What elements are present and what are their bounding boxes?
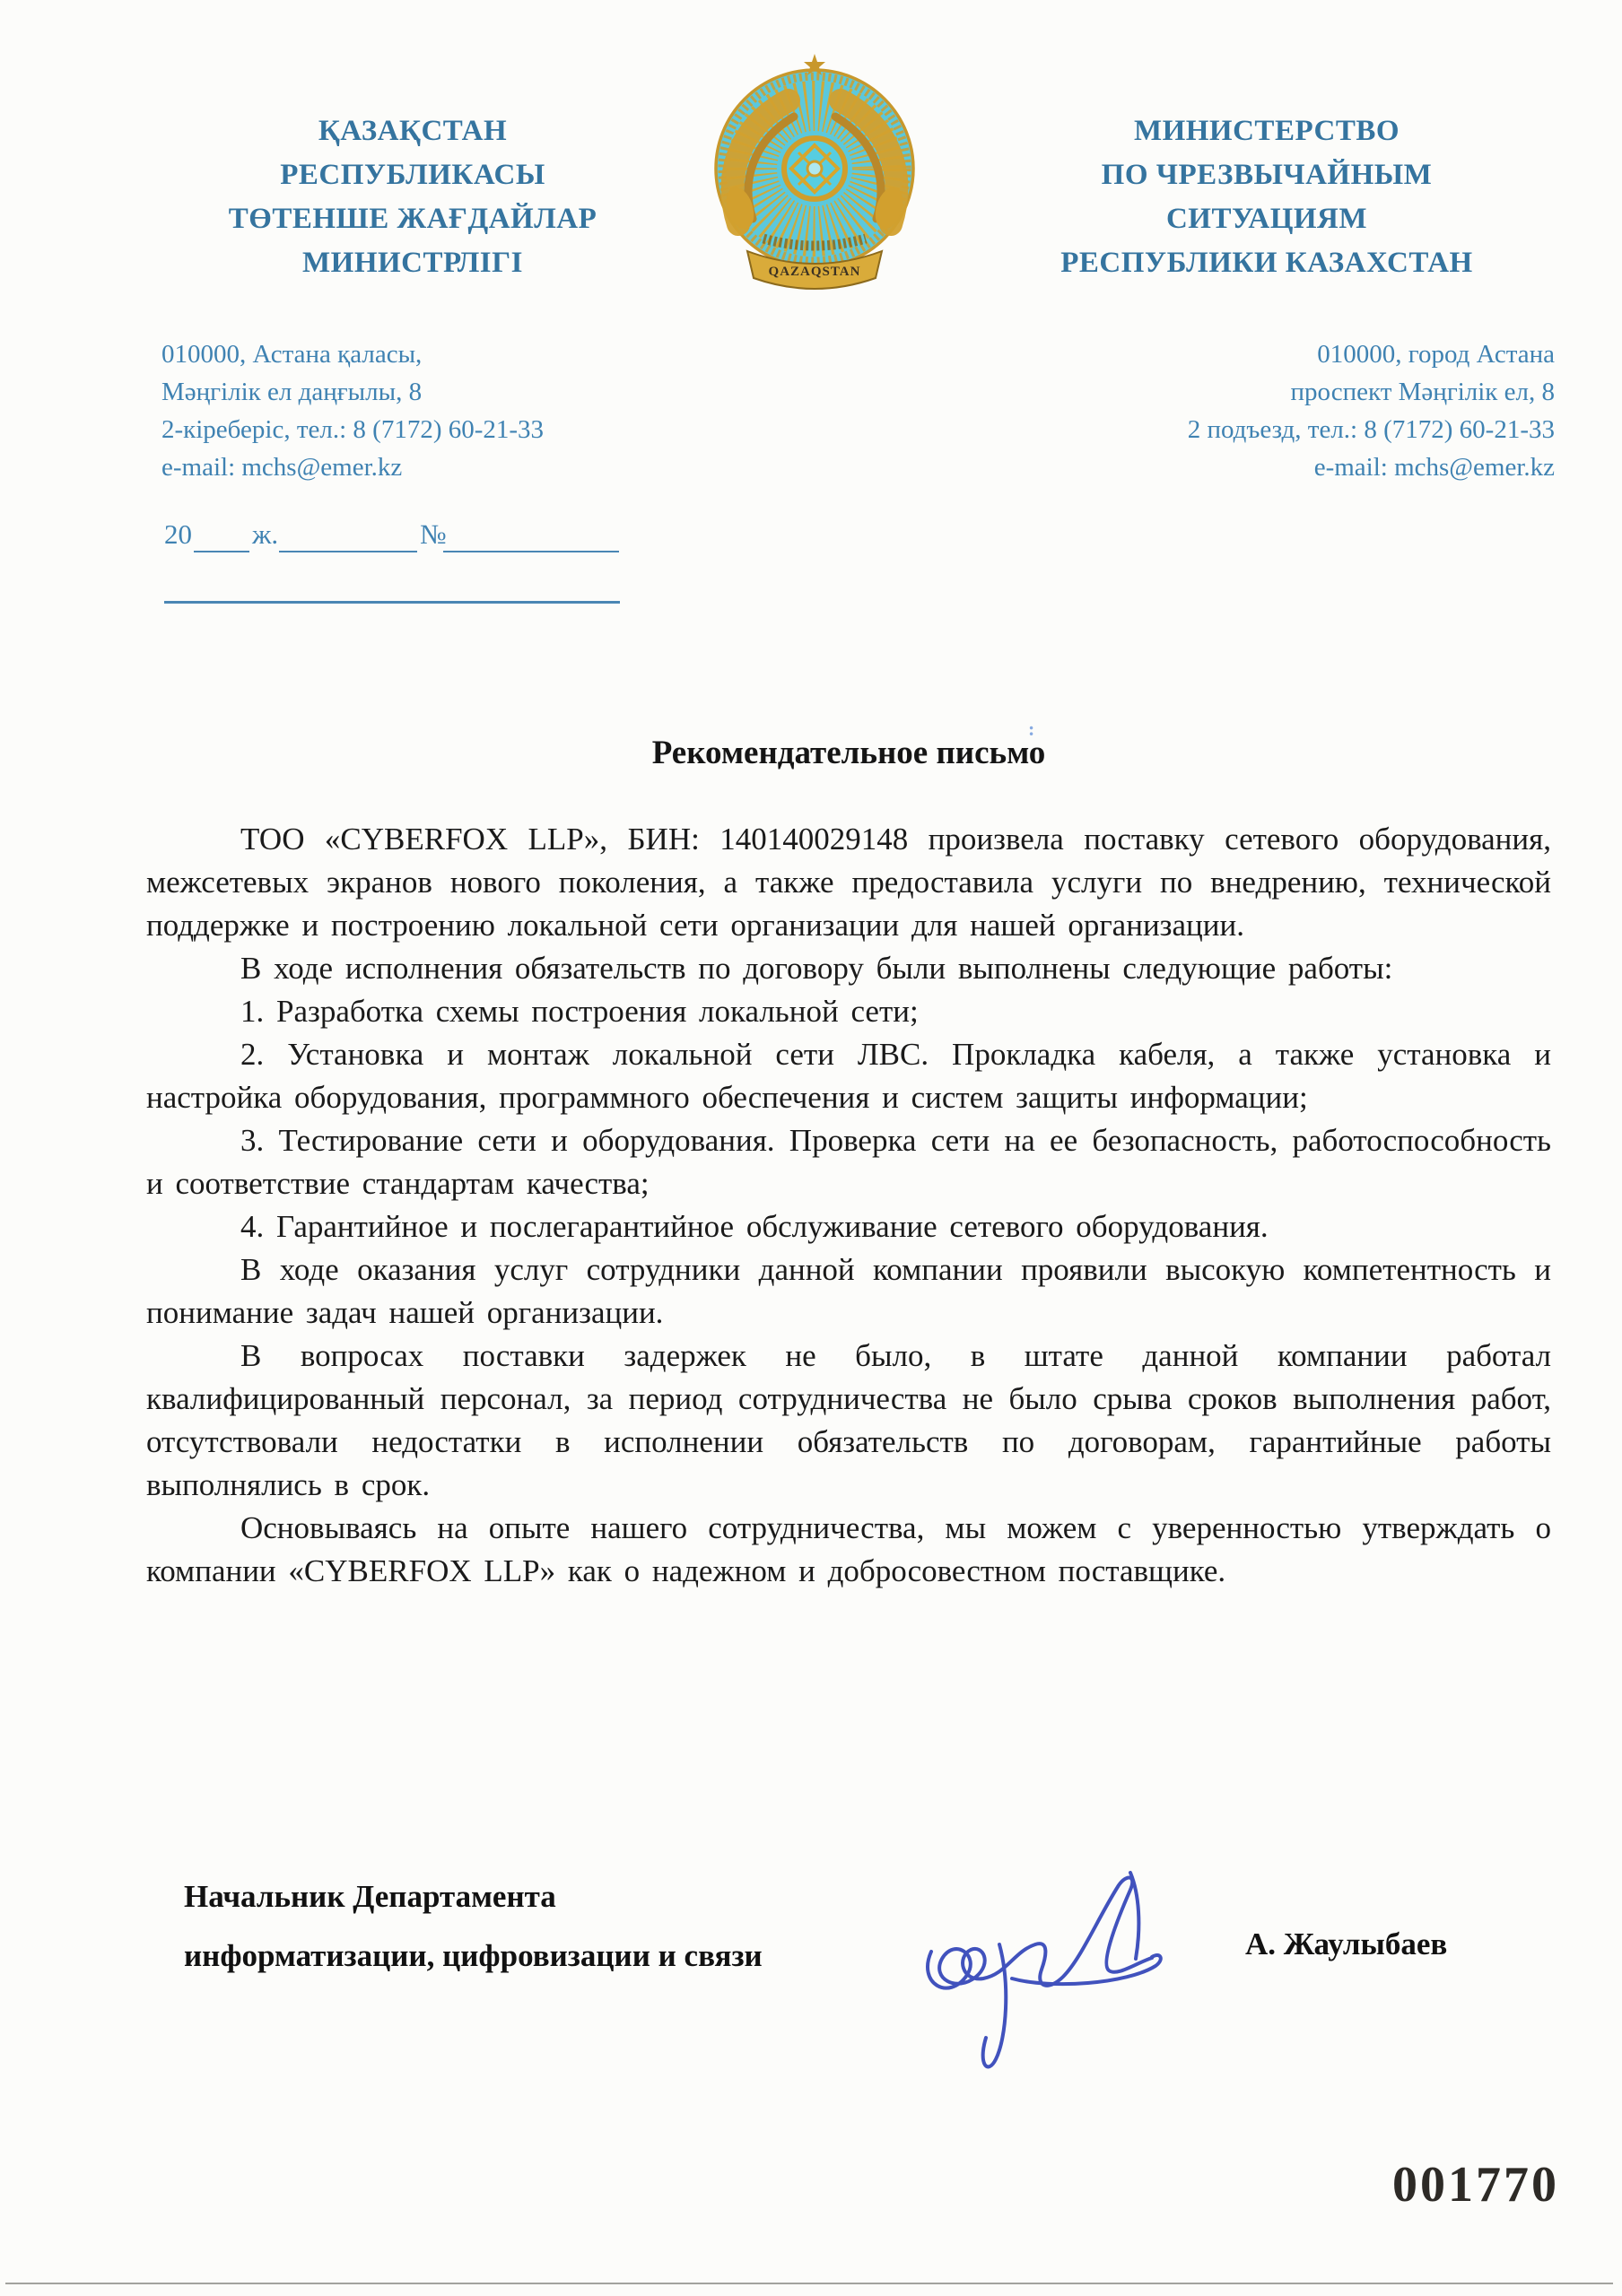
date-blank-line	[194, 551, 249, 552]
date-year-prefix: 20	[164, 518, 192, 551]
signatory-role-line: информатизации, цифровизации и связи	[184, 1926, 991, 1986]
list-item-3: 3. Тестирование сети и оборудования. Про…	[146, 1119, 1551, 1205]
letterhead-russian: МИНИСТЕРСТВО ПО ЧРЕЗВЫЧАЙНЫМ СИТУАЦИЯМ Р…	[1007, 109, 1527, 285]
paragraph-delivery: В вопросах поставки задержек не было, в …	[146, 1335, 1551, 1507]
letterhead-russian-line: ПО ЧРЕЗВЫЧАЙНЫМ	[1007, 153, 1527, 197]
form-number: 001770	[1392, 2156, 1559, 2213]
date-blank-line	[279, 551, 417, 552]
emblem-banner-text: QAZAQSTAN	[769, 265, 861, 279]
paragraph-works-intro: В ходе исполнения обязательств по догово…	[146, 947, 1551, 990]
address-russian-line: 010000, город Астана	[1014, 335, 1555, 373]
address-kazakh-line: 2-кіреберіс, тел.: 8 (7172) 60-21-33	[161, 411, 700, 448]
header-separator-rule	[164, 601, 620, 604]
scan-edge-line	[5, 2283, 1613, 2284]
scanned-letter-page: ҚАЗАҚСТАН РЕСПУБЛИКАСЫ ТӨТЕНШЕ ЖАҒДАЙЛАР…	[0, 0, 1622, 2296]
address-russian-line: 2 подъезд, тел.: 8 (7172) 60-21-33	[1014, 411, 1555, 448]
address-kazakh-line: 010000, Астана қаласы,	[161, 335, 700, 373]
address-kazakh-line: Мәңгілік ел даңғылы, 8	[161, 373, 700, 411]
date-zh-label: ж.	[252, 518, 278, 551]
letterhead-kazakh: ҚАЗАҚСТАН РЕСПУБЛИКАСЫ ТӨТЕНШЕ ЖАҒДАЙЛАР…	[135, 109, 691, 285]
address-russian: 010000, город Астана проспект Мәңгілік е…	[1014, 335, 1555, 486]
address-kazakh: 010000, Астана қаласы, Мәңгілік ел даңғы…	[161, 335, 700, 486]
address-russian-line: e-mail: mchs@emer.kz	[1014, 448, 1555, 486]
letterhead-kazakh-line: ҚАЗАҚСТАН	[135, 109, 691, 153]
signatory-role: Начальник Департамента информатизации, ц…	[184, 1867, 991, 1986]
letterhead-kazakh-line: РЕСПУБЛИКАСЫ	[135, 153, 691, 197]
list-item-4: 4. Гарантийное и послегарантийное обслуж…	[146, 1205, 1551, 1248]
paragraph-intro: ТОО «CYBERFOX LLP», БИН: 140140029148 пр…	[146, 818, 1551, 947]
address-kazakh-line: e-mail: mchs@emer.kz	[161, 448, 700, 486]
signatory-role-line: Начальник Департамента	[184, 1867, 991, 1926]
letterhead-russian-line: СИТУАЦИЯМ	[1007, 197, 1527, 241]
number-sign: №	[420, 518, 447, 551]
signatory-name: А. Жаулыбаев	[1245, 1926, 1447, 1962]
letterhead-kazakh-line: ТӨТЕНШЕ ЖАҒДАЙЛАР	[135, 197, 691, 241]
letter-body: ТОО «CYBERFOX LLP», БИН: 140140029148 пр…	[146, 818, 1551, 1593]
handwritten-signature	[906, 1819, 1247, 2088]
letterhead-russian-line: МИНИСТЕРСТВО	[1007, 109, 1527, 153]
letter-title: Рекомендательное письмо	[146, 734, 1551, 772]
list-item-1: 1. Разработка схемы построения локальной…	[146, 990, 1551, 1033]
letterhead-russian-line: РЕСПУБЛИКИ КАЗАХСТАН	[1007, 241, 1527, 285]
address-russian-line: проспект Мәңгілік ел, 8	[1014, 373, 1555, 411]
number-blank-line	[443, 551, 619, 552]
list-item-2: 2. Установка и монтаж локальной сети ЛВС…	[146, 1033, 1551, 1119]
letterhead-kazakh-line: МИНИСТРЛІГІ	[135, 241, 691, 285]
kazakhstan-emblem-icon: QAZAQSTAN	[706, 48, 923, 298]
paragraph-conclusion: Основываясь на опыте нашего сотрудничест…	[146, 1507, 1551, 1593]
paragraph-competence: В ходе оказания услуг сотрудники данной …	[146, 1248, 1551, 1335]
